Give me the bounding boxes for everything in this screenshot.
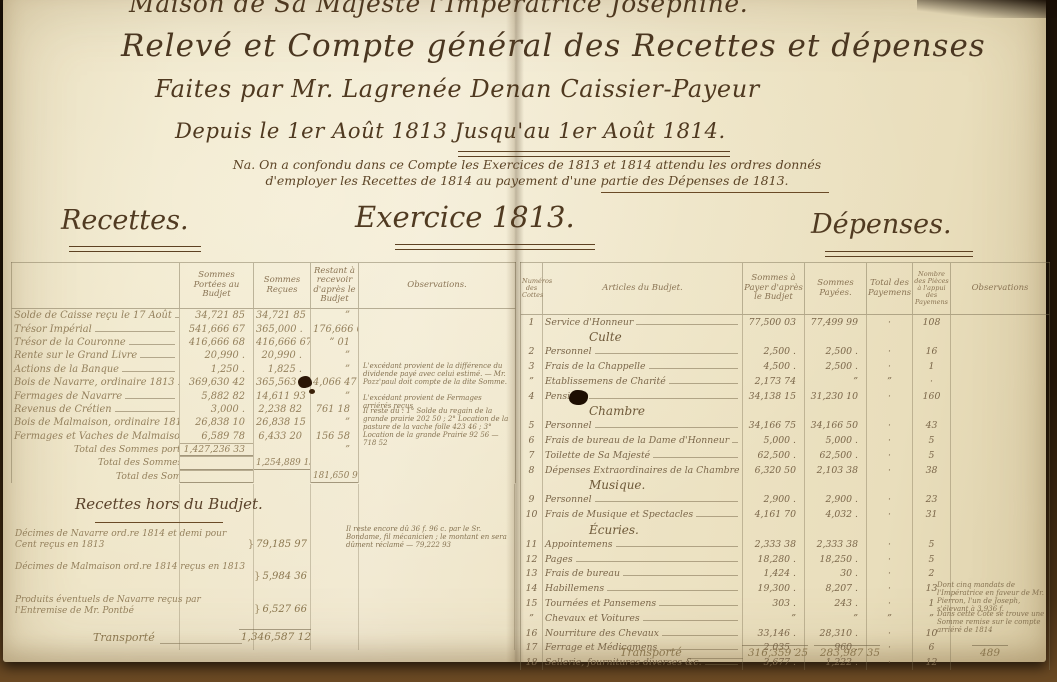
cell-label: Personnel xyxy=(543,493,743,508)
cell-due xyxy=(743,478,805,493)
exercice-underline xyxy=(395,244,595,250)
cell-obs xyxy=(359,470,516,483)
depenses-header-row: Numéros des Cottes Articles du Budjet. S… xyxy=(521,263,1050,315)
table-row: 9Personnel2,900 .2,900 .·23 xyxy=(521,493,1050,508)
cell-obs xyxy=(951,522,1050,537)
table-row: 6Frais de bureau de la Dame d'Honneur5,0… xyxy=(521,433,1050,448)
table-row: Trésor Impérial541,666 67365,000 .176,66… xyxy=(12,322,516,335)
cell-label: Écuries. xyxy=(543,522,743,537)
cell-paid: 8,207 . xyxy=(805,581,867,596)
cell-label: Frais de bureau de la Dame d'Honneur xyxy=(543,433,743,448)
cell-remaining: ” 01 xyxy=(311,336,359,349)
ink-blot xyxy=(309,389,315,394)
cell-total xyxy=(867,522,913,537)
marginal-note: Na. On a confondu dans ce Compte les Exe… xyxy=(191,157,863,189)
cell-label: Personnel xyxy=(543,345,743,360)
cell-paid: 18,250 . xyxy=(805,552,867,567)
cell-obs xyxy=(951,493,1050,508)
table-row: 2Personnel2,500 .2,500 .·16 xyxy=(521,345,1050,360)
cell-paid: 2,500 . xyxy=(805,345,867,360)
cell-label: Bois de Navarre, ordinaire 1813 xyxy=(12,376,180,389)
cell-label: Musique. xyxy=(543,478,743,493)
hors-row-value: }6,527 66 xyxy=(239,604,307,615)
cell-label: Pages xyxy=(543,552,743,567)
leader-line xyxy=(688,657,743,659)
cell-obs xyxy=(951,389,1050,404)
cell-budget: 541,666 67 xyxy=(180,322,254,335)
table-row: Solde de Caisse reçu le 17 Août34,721 85… xyxy=(12,309,516,323)
table-row: Chambre xyxy=(521,404,1050,419)
cell-paid xyxy=(805,478,867,493)
cell-count: 160 xyxy=(913,389,951,404)
cell-label: Bois de Malmaison, ordinaire 1813 xyxy=(12,416,180,429)
col-header-observations: Observations xyxy=(951,263,1050,315)
col-header-total: Total des Payemens xyxy=(867,263,913,315)
cell-budget: 20,990 . xyxy=(180,349,254,362)
cell-obs xyxy=(951,404,1050,419)
cell-total: · xyxy=(867,419,913,434)
cell-budget: 369,630 42 xyxy=(180,376,254,389)
cell-count xyxy=(913,478,951,493)
cell-total: · xyxy=(867,626,913,641)
cell-total: · xyxy=(867,389,913,404)
cell-received xyxy=(254,443,311,456)
cell-paid: ” xyxy=(805,374,867,389)
cell-label: Service d'Honneur xyxy=(543,315,743,330)
page-fold xyxy=(506,0,524,662)
cell-budget xyxy=(180,470,254,483)
cell-received: 26,838 15 xyxy=(254,416,311,429)
cell-label: Frais de bureau xyxy=(543,567,743,582)
cell-label: Fermages et Vaches de Malmaison xyxy=(12,430,180,443)
cell-paid xyxy=(805,330,867,345)
cell-received: 14,611 93 xyxy=(254,389,311,402)
cell-due: 2,900 . xyxy=(743,493,805,508)
brace-glyph: } xyxy=(254,571,260,582)
table-row: 5Personnel34,166 7534,166 50·43 xyxy=(521,419,1050,434)
col-header-count: Nombre des Pièces à l'appui des Payemens xyxy=(913,263,951,315)
cell-paid: 28,310 . xyxy=(805,626,867,641)
table-row: 4Pensions34,138 1531,230 10·160 xyxy=(521,389,1050,404)
transport-due: 316,359 25 xyxy=(742,645,808,659)
cell-remaining: ” xyxy=(311,349,359,362)
table-row: 13Frais de bureau1,424 .30 .·2 xyxy=(521,567,1050,582)
cell-label: Trésor de la Couronne xyxy=(12,336,180,349)
cell-due: 303 . xyxy=(743,596,805,611)
cashier-line: Faites par Mr. Lagrenée Denan Caissier-P… xyxy=(155,75,760,103)
cell-remaining: 176,666 67 xyxy=(311,322,359,335)
cell-paid: 30 . xyxy=(805,567,867,582)
cell-count: 23 xyxy=(913,493,951,508)
section-title-exercice: Exercice 1813. xyxy=(355,200,575,234)
cell-due: 33,146 . xyxy=(743,626,805,641)
note-underline xyxy=(601,192,829,193)
brace-glyph: } xyxy=(254,604,260,615)
cell-received: 1,254,889 13 xyxy=(254,456,311,469)
table-row: ”Etablissemens de Charité2,173 74””· xyxy=(521,374,1050,389)
cell-received: 20,990 . xyxy=(254,349,311,362)
cell-total: · xyxy=(867,507,913,522)
cell-label: Trésor Impérial xyxy=(12,322,180,335)
cell-due: 2,500 . xyxy=(743,345,805,360)
hors-budget-title: Recettes hors du Budjet. xyxy=(75,495,263,513)
cell-label: Total des Sommes reçues xyxy=(12,456,180,469)
cell-label: Actions de la Banque xyxy=(12,363,180,376)
cell-label: Appointemens xyxy=(543,537,743,552)
col-header-received: Sommes Reçues xyxy=(254,263,311,309)
col-header-due: Sommes à Payer d'après le Budjet xyxy=(743,263,805,315)
col-header-remaining: Restant à recevoir d'après le Budjet xyxy=(311,263,359,309)
cell-label: Revenus de Crétien xyxy=(12,403,180,416)
cell-obs xyxy=(951,537,1050,552)
cell-budget: 26,838 10 xyxy=(180,416,254,429)
cell-count: 5 xyxy=(913,433,951,448)
section-title-depenses: Dépenses. xyxy=(811,209,952,240)
cell-remaining xyxy=(311,456,359,469)
cell-total: · xyxy=(867,581,913,596)
cell-due: 1,424 . xyxy=(743,567,805,582)
period-line: Depuis le 1er Août 1813 Jusqu'au 1er Aoû… xyxy=(175,119,726,143)
cell-label: Frais de la Chappelle xyxy=(543,359,743,374)
cell-label: Solde de Caisse reçu le 17 Août xyxy=(12,309,180,323)
cell-paid xyxy=(805,522,867,537)
table-row: Musique. xyxy=(521,478,1050,493)
cell-remaining: 156 58 xyxy=(311,430,359,443)
col-header-paid: Sommes Payées. xyxy=(805,263,867,315)
table-row: 1Service d'Honneur77,500 0377,499 99·108 xyxy=(521,315,1050,330)
cell-paid: ” xyxy=(805,611,867,626)
cell-budget: 1,427,236 33 xyxy=(180,443,254,456)
hors-budget-underline xyxy=(95,522,223,523)
cell-obs xyxy=(951,507,1050,522)
cell-due: 18,280 . xyxy=(743,552,805,567)
cell-count: 31 xyxy=(913,507,951,522)
ink-blot xyxy=(569,390,588,405)
table-row: 8Dépenses Extraordinaires de la Chambre6… xyxy=(521,463,1050,478)
cell-remaining: 181,650 91 xyxy=(311,470,359,483)
cell-paid xyxy=(805,404,867,419)
note-line-1: Na. On a confondu dans ce Compte les Exe… xyxy=(191,157,863,173)
cell-total: · xyxy=(867,537,913,552)
cell-due: 19,300 . xyxy=(743,581,805,596)
ink-blot xyxy=(298,376,312,388)
cell-total: · xyxy=(867,448,913,463)
cell-total xyxy=(867,478,913,493)
cell-obs xyxy=(951,330,1050,345)
hors-row-label: Produits éventuels de Navarre reçus par … xyxy=(15,595,247,616)
cell-total xyxy=(867,330,913,345)
cell-count: 38 xyxy=(913,463,951,478)
cell-paid: 2,900 . xyxy=(805,493,867,508)
cell-due: 77,500 03 xyxy=(743,315,805,330)
cell-remaining: ” xyxy=(311,389,359,402)
document-title: Maison de Sa Majesté l'Impératrice Josép… xyxy=(129,0,748,18)
observation-note: L'excédant provient de la différence du … xyxy=(363,362,511,386)
section-title-recettes: Recettes. xyxy=(61,205,189,236)
cell-total: · xyxy=(867,433,913,448)
cell-budget: 34,721 85 xyxy=(180,309,254,323)
table-row: 3Frais de la Chappelle4,500 .2,500 .·1 xyxy=(521,359,1050,374)
cell-label: Dépenses Extraordinaires de la Chambre xyxy=(543,463,743,478)
depenses-underline xyxy=(825,251,973,257)
cell-total: · xyxy=(867,493,913,508)
table-row: Trésor de la Couronne416,666 68416,666 6… xyxy=(12,336,516,349)
cell-received xyxy=(254,470,311,483)
cell-count: 108 xyxy=(913,315,951,330)
transport-label: Transporté xyxy=(93,631,155,644)
cell-total: · xyxy=(867,567,913,582)
transport-count: 489 xyxy=(972,645,1008,659)
table-row: 7Toilette de Sa Majesté62,500 .62,500 .·… xyxy=(521,448,1050,463)
cell-count: 16 xyxy=(913,345,951,360)
cell-count: 2 xyxy=(913,567,951,582)
cell-obs xyxy=(359,349,516,362)
cell-due: 6,320 50 xyxy=(743,463,805,478)
table-row: Total des Sommes restant à recevoir181,6… xyxy=(12,470,516,483)
cell-label: Culte xyxy=(543,330,743,345)
cell-label: Personnel xyxy=(543,419,743,434)
cell-obs xyxy=(951,419,1050,434)
hors-amount: 79,185 97 xyxy=(256,539,307,550)
cell-total: · xyxy=(867,345,913,360)
observation-note: Il reste dû : 1° Solde du regain de la g… xyxy=(363,407,511,447)
cell-due xyxy=(743,522,805,537)
cell-paid: 243 . xyxy=(805,596,867,611)
depenses-transport-row: Transporté 316,359 25 283,987 35 489 xyxy=(520,644,1049,666)
cell-remaining: ” xyxy=(311,443,359,456)
cell-received: 365,000 . xyxy=(254,322,311,335)
cell-budget: 1,250 . xyxy=(180,363,254,376)
cell-total xyxy=(867,404,913,419)
cell-due: 2,173 74 xyxy=(743,374,805,389)
cell-count xyxy=(913,330,951,345)
cell-due: 5,000 . xyxy=(743,433,805,448)
cell-label: Fermages de Navarre xyxy=(12,389,180,402)
cell-remaining: ” xyxy=(311,309,359,323)
cell-label: Etablissemens de Charité xyxy=(543,374,743,389)
photo-corner-shadow xyxy=(917,0,1057,18)
hors-row-value: }79,185 97 xyxy=(239,539,307,550)
cell-due: ” xyxy=(743,611,805,626)
cell-due xyxy=(743,330,805,345)
cell-total: ” xyxy=(867,611,913,626)
manuscript-spread: Maison de Sa Majesté l'Impératrice Josép… xyxy=(3,0,1046,662)
cell-count: 5 xyxy=(913,448,951,463)
cell-count: 5 xyxy=(913,552,951,567)
cell-label: Toilette de Sa Majesté xyxy=(543,448,743,463)
cell-due: 2,333 38 xyxy=(743,537,805,552)
cell-due: 34,138 15 xyxy=(743,389,805,404)
cell-label: Total des Sommes portées au budjet xyxy=(12,443,180,456)
observation-note: Dont cinq mandats de l'Impératrice en fa… xyxy=(937,581,1047,613)
col-header-articles: Articles du Budjet. xyxy=(543,263,743,315)
cell-label: Chambre xyxy=(543,404,743,419)
observation-note: Dans cette Cote se trouve une Somme remi… xyxy=(937,610,1047,634)
ledger-photo: Maison de Sa Majesté l'Impératrice Josép… xyxy=(0,0,1057,682)
cell-total: · xyxy=(867,315,913,330)
cell-count: · xyxy=(913,374,951,389)
cell-paid: 5,000 . xyxy=(805,433,867,448)
cell-budget xyxy=(180,456,254,469)
cell-due: 4,500 . xyxy=(743,359,805,374)
cell-paid: 2,333 38 xyxy=(805,537,867,552)
cell-count: 5 xyxy=(913,537,951,552)
cell-remaining: 4,066 47 xyxy=(311,376,359,389)
hors-row-label: Décimes de Navarre ord.re 1814 et demi p… xyxy=(15,529,247,550)
table-row: Total des Sommes reçues1,254,889 13 xyxy=(12,456,516,469)
table-row: 10Frais de Musique et Spectacles4,161 70… xyxy=(521,507,1050,522)
cell-total: · xyxy=(867,596,913,611)
col-header-observations: Observations. xyxy=(359,263,516,309)
cell-label: Chevaux et Voitures xyxy=(543,611,743,626)
cell-budget: 416,666 68 xyxy=(180,336,254,349)
cell-due: 62,500 . xyxy=(743,448,805,463)
cell-obs xyxy=(359,336,516,349)
cell-obs xyxy=(359,456,516,469)
cell-received: 2,238 82 xyxy=(254,403,311,416)
cell-label: Frais de Musique et Spectacles xyxy=(543,507,743,522)
cell-total: · xyxy=(867,552,913,567)
cell-obs xyxy=(951,567,1050,582)
cell-received: 416,666 67 xyxy=(254,336,311,349)
cell-obs xyxy=(951,448,1050,463)
hors-row-label: Décimes de Malmaison ord.re 1814 reçus e… xyxy=(15,562,247,573)
cell-received: 34,721 85 xyxy=(254,309,311,323)
cell-label: Habillemens xyxy=(543,581,743,596)
cell-count xyxy=(913,522,951,537)
col-header-budget: Sommes Portées au Budjet xyxy=(180,263,254,309)
leader-line xyxy=(160,642,242,644)
hors-amount: 5,984 36 xyxy=(262,571,307,582)
cell-obs xyxy=(951,315,1050,330)
cell-total: · xyxy=(867,463,913,478)
table-row: Rente sur le Grand Livre20,990 .20,990 .… xyxy=(12,349,516,362)
cell-paid: 2,500 . xyxy=(805,359,867,374)
cell-obs xyxy=(951,463,1050,478)
cell-paid: 62,500 . xyxy=(805,448,867,463)
cell-due: 4,161 70 xyxy=(743,507,805,522)
table-row: Écuries. xyxy=(521,522,1050,537)
cell-label: Tournées et Pansemens xyxy=(543,596,743,611)
transport-label: Transporté xyxy=(620,646,682,659)
col-header-article xyxy=(12,263,180,309)
recettes-underline xyxy=(69,246,201,252)
cell-remaining: 761 18 xyxy=(311,403,359,416)
hors-row-value: }5,984 36 xyxy=(239,571,307,582)
table-row: 11Appointemens2,333 382,333 38·5 xyxy=(521,537,1050,552)
cell-count: 1 xyxy=(913,359,951,374)
table-row: 12Pages18,280 .18,250 .·5 xyxy=(521,552,1050,567)
transport-paid: 283,987 35 xyxy=(814,645,880,659)
cell-budget: 5,882 82 xyxy=(180,389,254,402)
cell-paid: 2,103 38 xyxy=(805,463,867,478)
cell-obs xyxy=(951,433,1050,448)
cell-received: 1,825 . xyxy=(254,363,311,376)
cell-obs xyxy=(951,478,1050,493)
document-subtitle: Relevé et Compte général des Recettes et… xyxy=(121,28,986,64)
cell-total: ” xyxy=(867,374,913,389)
cell-due xyxy=(743,404,805,419)
hors-amount: 6,527 66 xyxy=(262,604,307,615)
cell-remaining: ” xyxy=(311,416,359,429)
cell-due: 34,166 75 xyxy=(743,419,805,434)
cell-remaining: ” xyxy=(311,363,359,376)
cell-paid: 34,166 50 xyxy=(805,419,867,434)
cell-budget: 3,000 . xyxy=(180,403,254,416)
cell-budget: 6,589 78 xyxy=(180,430,254,443)
cell-label: Total des Sommes restant à recevoir xyxy=(12,470,180,483)
cell-obs xyxy=(359,322,516,335)
cell-count xyxy=(913,404,951,419)
table-row: Culte xyxy=(521,330,1050,345)
cell-count: 43 xyxy=(913,419,951,434)
cell-label: Rente sur le Grand Livre xyxy=(12,349,180,362)
cell-obs xyxy=(951,552,1050,567)
observation-note: Il reste encore dû 36 f. 96 c. par le Sr… xyxy=(346,525,514,549)
cell-paid: 4,032 . xyxy=(805,507,867,522)
transport-value: 1,346,587 12 xyxy=(239,629,311,643)
cell-total: · xyxy=(867,359,913,374)
cell-received: 6,433 20 xyxy=(254,430,311,443)
cell-paid: 77,499 99 xyxy=(805,315,867,330)
cell-obs xyxy=(951,374,1050,389)
cell-obs xyxy=(359,309,516,323)
brace-glyph: } xyxy=(248,539,254,550)
cell-label: Nourriture des Chevaux xyxy=(543,626,743,641)
cell-obs xyxy=(951,359,1050,374)
cell-paid: 31,230 10 xyxy=(805,389,867,404)
recettes-header-row: Sommes Portées au Budjet Sommes Reçues R… xyxy=(12,263,516,309)
cell-obs xyxy=(951,345,1050,360)
note-line-2: d'employer les Recettes de 1814 au payem… xyxy=(191,173,863,189)
